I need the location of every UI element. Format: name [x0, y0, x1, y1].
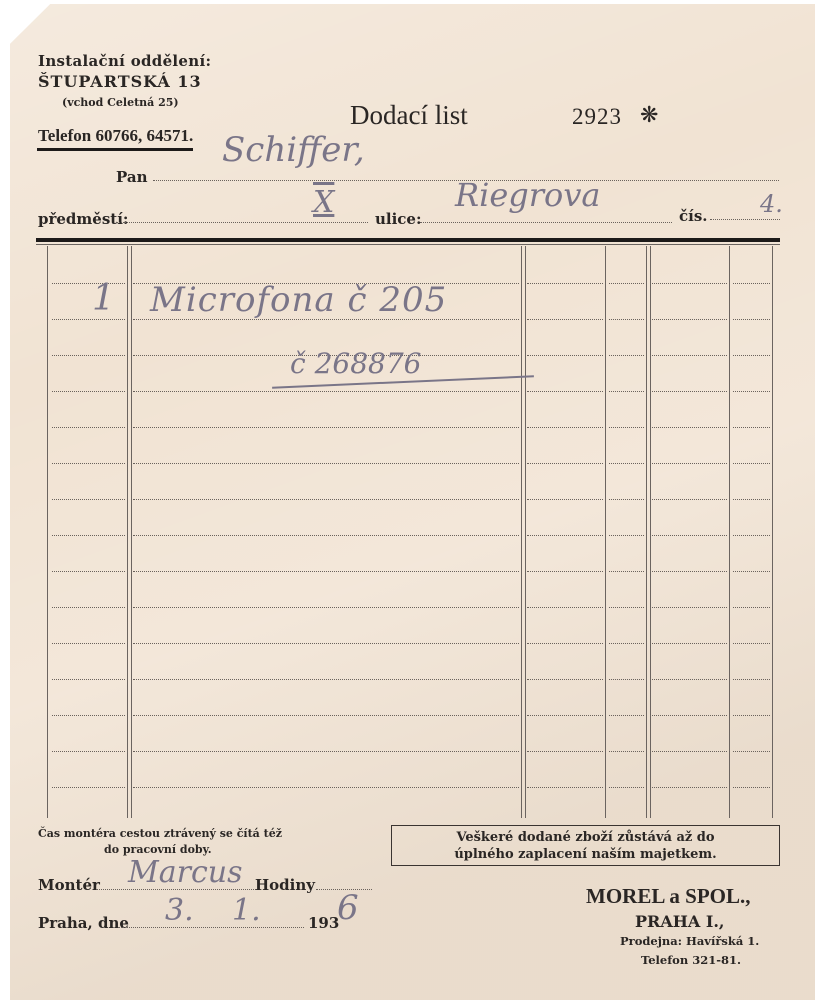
table-row-line [52, 679, 125, 680]
date-field-line[interactable] [118, 927, 304, 928]
table-row-line [527, 535, 603, 536]
table-row-line [652, 679, 727, 680]
table-row-line [733, 715, 770, 716]
table-row-line [733, 391, 770, 392]
column-divider [729, 246, 730, 818]
table-row-line [52, 571, 125, 572]
table-row-line [52, 463, 125, 464]
table-row-line [527, 643, 603, 644]
pan-label: Pan [116, 168, 148, 186]
table-row-line [609, 499, 644, 500]
table-row-line [652, 607, 727, 608]
shop-address: Prodejna: Havířská 1. [620, 934, 759, 948]
table-row-line [527, 571, 603, 572]
table-row-line [609, 391, 644, 392]
ulice-value: Riegrova [455, 176, 600, 214]
table-row-line [52, 391, 125, 392]
table-row-line [652, 571, 727, 572]
column-divider [47, 246, 48, 818]
year-suffix: 6 [337, 888, 359, 928]
table-row-line [52, 607, 125, 608]
table-row-line [133, 643, 519, 644]
pan-value: Schiffer, [222, 130, 365, 170]
table-row-line [609, 787, 644, 788]
column-divider [521, 246, 526, 818]
table-row-line [527, 391, 603, 392]
item-description: Microfona č 205 [150, 280, 447, 320]
company-phone: Telefon 321-81. [641, 953, 741, 967]
header-phone: Telefon 60766, 64571. [38, 126, 193, 146]
table-row-line [609, 679, 644, 680]
table-row-line [52, 535, 125, 536]
table-row-line [52, 787, 125, 788]
column-divider [605, 246, 606, 818]
cis-label: čís. [679, 207, 708, 225]
predmesti-field-line[interactable] [116, 222, 368, 223]
header-underline [37, 148, 193, 151]
table-row-line [609, 643, 644, 644]
document-title: Dodací list [350, 100, 468, 131]
table-row-line [527, 787, 603, 788]
table-row-line [133, 535, 519, 536]
street-address: ŠTUPARTSKÁ 13 [38, 72, 202, 91]
table-row-line [527, 499, 603, 500]
table-row-line [527, 607, 603, 608]
table-row-line [733, 319, 770, 320]
table-row-line [609, 319, 644, 320]
table-row-line [652, 751, 727, 752]
table-row-line [133, 607, 519, 608]
table-row-line [609, 535, 644, 536]
table-row-line [733, 355, 770, 356]
table-row-line [733, 427, 770, 428]
table-row-line [733, 607, 770, 608]
table-row-line [652, 499, 727, 500]
table-row-line [52, 751, 125, 752]
company-city: PRAHA I., [635, 912, 724, 931]
ulice-label: ulice: [375, 210, 422, 228]
table-row-line [609, 751, 644, 752]
table-row-line [52, 643, 125, 644]
table-row-line [52, 427, 125, 428]
department-label: Instalační oddělení: [38, 52, 211, 70]
table-row-line [133, 715, 519, 716]
table-row-line [133, 571, 519, 572]
predmesti-value: X [313, 185, 334, 220]
praha-label: Praha, dne [38, 914, 129, 932]
table-row-line [652, 535, 727, 536]
table-row-line [609, 715, 644, 716]
column-divider [127, 246, 132, 818]
table-row-line [733, 679, 770, 680]
table-row-line [733, 499, 770, 500]
table-row-line [733, 283, 770, 284]
table-row-line [609, 571, 644, 572]
table-row-line [652, 787, 727, 788]
year-prefix: 193 [308, 914, 339, 932]
table-row-line [133, 751, 519, 752]
table-row-line [527, 355, 603, 356]
ownership-line-1: Veškeré dodané zboží zůstává až do [392, 829, 779, 846]
ownership-line-2: úplného zaplacení naším majetkem. [392, 846, 779, 863]
table-row-line [652, 391, 727, 392]
table-row-line [652, 715, 727, 716]
column-divider [646, 246, 651, 818]
table-row-line [652, 283, 727, 284]
table-row-line [527, 283, 603, 284]
table-row-line [652, 355, 727, 356]
table-row-line [733, 571, 770, 572]
ornament-icon: ❋ [640, 103, 658, 128]
ownership-notice: Veškeré dodané zboží zůstává až do úplné… [391, 825, 780, 866]
table-row-line [133, 463, 519, 464]
table-row-line [527, 463, 603, 464]
table-top-rule [36, 238, 780, 242]
table-row-line [609, 607, 644, 608]
table-row-line [133, 679, 519, 680]
table-row-line [527, 427, 603, 428]
table-row-line [733, 463, 770, 464]
table-row-line [733, 643, 770, 644]
table-row-line [652, 427, 727, 428]
company-name: MOREL a SPOL., [586, 884, 751, 909]
table-row-line [733, 751, 770, 752]
table-row-line [527, 751, 603, 752]
table-top-thin-rule [36, 244, 780, 245]
table-row-line [609, 355, 644, 356]
table-row-line [652, 463, 727, 464]
monter-signature: Marcus [128, 855, 242, 890]
table-row-line [52, 715, 125, 716]
table-row-line [52, 355, 125, 356]
table-row-line [527, 679, 603, 680]
entrance-note: (vchod Celetná 25) [62, 96, 179, 109]
predmesti-label: předměstí: [38, 210, 128, 228]
table-row-line [609, 283, 644, 284]
document-number: 2923 [572, 104, 622, 130]
item-serial: č 268876 [290, 347, 421, 380]
table-row-line [733, 787, 770, 788]
cis-field-line[interactable] [710, 219, 780, 220]
table-row-line [527, 319, 603, 320]
table-row-line [133, 787, 519, 788]
ulice-field-line[interactable] [420, 222, 672, 223]
monter-label: Montér [38, 876, 100, 894]
travel-time-note: Čas montéra cestou ztrávený se čítá též [38, 826, 282, 842]
table-row-line [52, 319, 125, 320]
table-row-line [733, 535, 770, 536]
column-divider [772, 246, 773, 818]
item-quantity: 1 [92, 278, 115, 319]
table-row-line [133, 391, 519, 392]
table-row-line [133, 427, 519, 428]
table-row-line [133, 499, 519, 500]
table-row-line [609, 427, 644, 428]
date-day: 3. [165, 893, 194, 928]
hodiny-label: Hodiny [255, 876, 315, 894]
table-row-line [609, 463, 644, 464]
date-month: 1. [232, 893, 261, 928]
table-row-line [52, 499, 125, 500]
table-row-line [652, 643, 727, 644]
cis-value: 4. [760, 190, 783, 218]
table-row-line [527, 715, 603, 716]
table-row-line [652, 319, 727, 320]
